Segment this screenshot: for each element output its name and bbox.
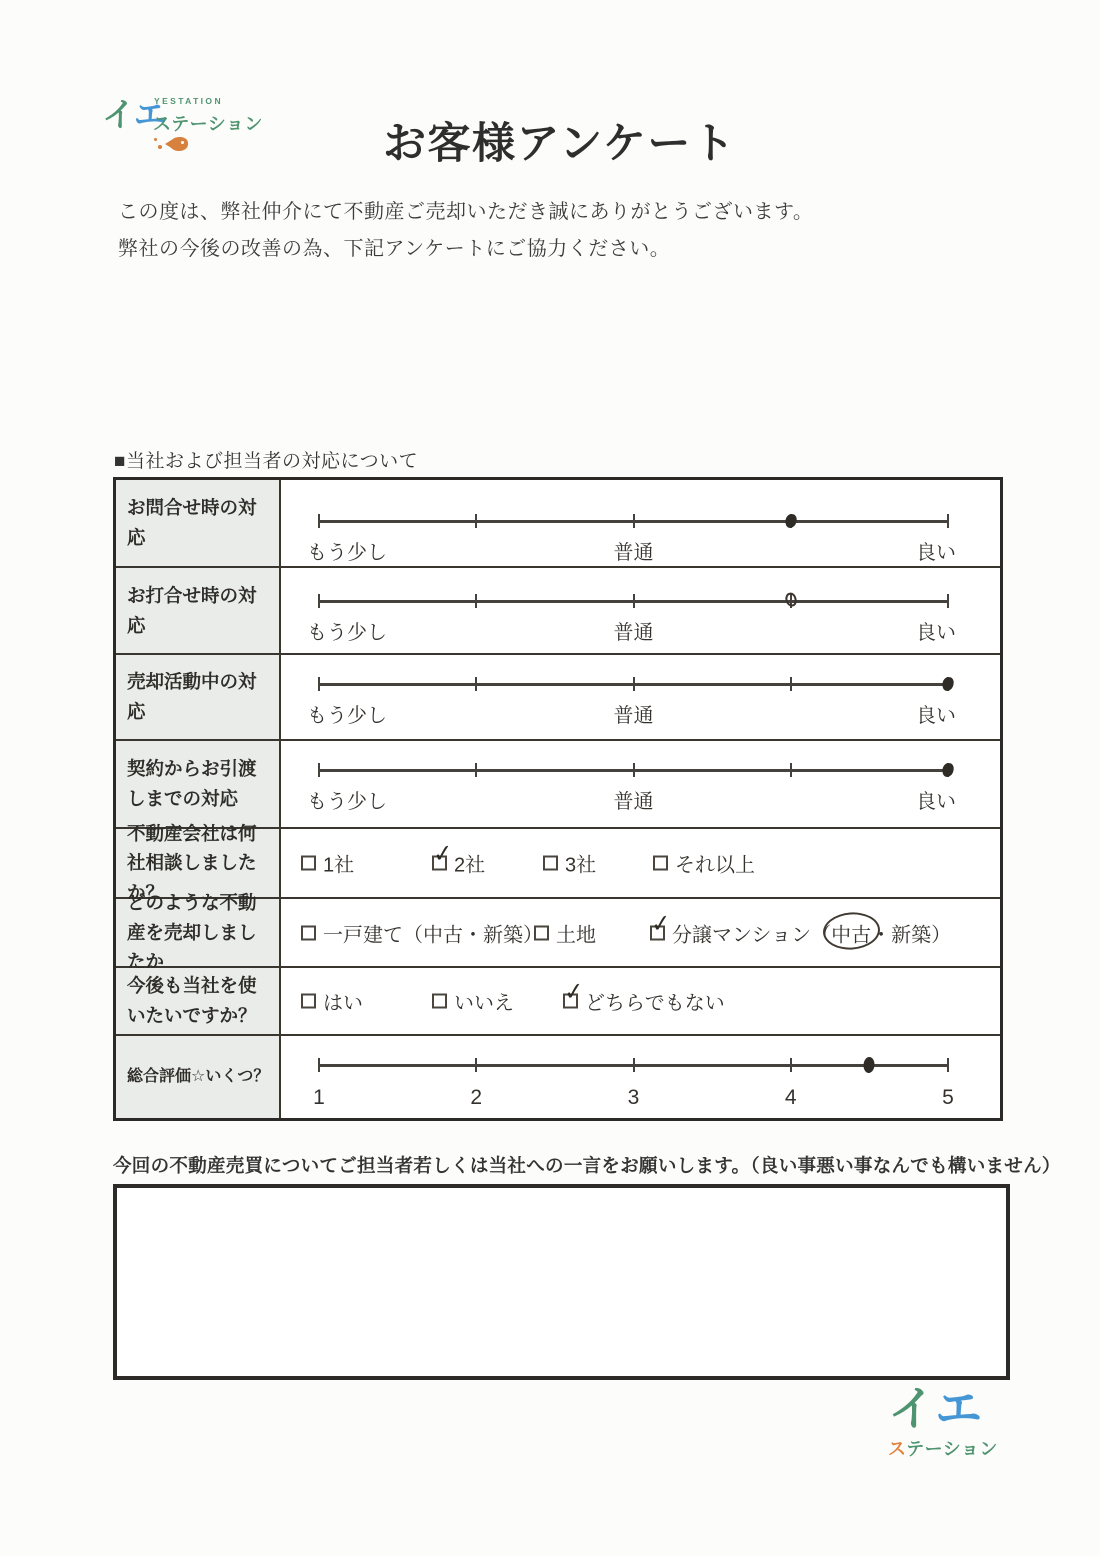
logo-station-rest: テーション (906, 1439, 998, 1459)
logo-text-station: ステーション (888, 1435, 998, 1461)
checkbox[interactable] (301, 925, 316, 940)
checkbox[interactable] (543, 856, 558, 871)
scale-tick (475, 514, 477, 528)
logo-char-i: イ (102, 96, 134, 133)
option-label: それ以上 (675, 849, 755, 878)
scale-label-low: もう少し (307, 616, 387, 645)
check-mark: ✓ (563, 980, 586, 1006)
scale-label-mid: 普通 (614, 536, 654, 565)
bubble-dot (158, 145, 162, 149)
scale-label-high: 良い (916, 699, 956, 728)
scale-tick (633, 514, 635, 528)
option-label: 3社 (565, 849, 596, 878)
checkbox-option[interactable]: 3社 (543, 849, 596, 878)
rating-scale[interactable]: もう少し 普通 良い (319, 769, 948, 771)
row-content: もう少し 普通 良い (281, 480, 1000, 566)
scale-label-high: 良い (916, 536, 956, 565)
scale-tick (790, 1058, 792, 1072)
fish-icon (162, 136, 188, 153)
logo-char-e: エ (935, 1382, 984, 1435)
table-row: お打合せ時の対応 もう少し 普通 良い (116, 568, 1000, 655)
scale-tick (318, 594, 320, 608)
row-label: お問合せ時の対応 (116, 480, 281, 566)
row-content: もう少し 普通 良い (281, 741, 1000, 827)
option-label: 分譲マンション（中古・新築） (672, 918, 951, 947)
scale-label-low: もう少し (307, 536, 387, 565)
scale-label-mid: 普通 (614, 699, 654, 728)
scale-tick (633, 763, 635, 777)
handwritten-mark (784, 513, 797, 529)
option-label-post: ・新築） (871, 924, 951, 946)
yestation-logo-bottom: イエ ステーション (888, 1385, 1008, 1465)
row-label: どのような不動産を売却しましたか (116, 899, 281, 966)
yestation-logo-top: YESTATION イエ ステーション (96, 92, 276, 172)
row-content: もう少し 普通 良い (281, 655, 1000, 739)
rating-scale[interactable]: もう少し 普通 良い (319, 683, 948, 685)
overall-tick-label: 5 (942, 1086, 954, 1110)
option-label: いいえ (454, 987, 514, 1016)
checkbox-option[interactable]: はい (301, 987, 363, 1016)
scale-label-low: もう少し (307, 785, 387, 814)
option-label: どちらでもない (585, 987, 725, 1016)
scale-label-mid: 普通 (614, 616, 654, 645)
scale-tick (947, 514, 949, 528)
row-label: 契約からお引渡しまでの対応 (116, 741, 281, 827)
scale-label-mid: 普通 (614, 785, 654, 814)
overall-tick-label: 4 (785, 1086, 797, 1110)
row-content: 一戸建て（中古・新築） 土地 ✓ 分譲マンション（中古・新築） (281, 899, 1000, 966)
scale-label-low: もう少し (307, 699, 387, 728)
scale-tick (633, 594, 635, 608)
checkbox[interactable]: ✓ (650, 925, 665, 940)
scale-tick (318, 1058, 320, 1072)
fish-body (170, 137, 188, 151)
fish-eye (181, 141, 184, 144)
logo-station-first-char: ス (888, 1439, 906, 1459)
checkbox[interactable]: ✓ (563, 994, 578, 1009)
handwritten-mark (941, 676, 954, 692)
circled-text: 中古 (831, 918, 871, 947)
checkbox[interactable] (653, 856, 668, 871)
table-row: お問合せ時の対応 もう少し 普通 良い (116, 480, 1000, 568)
rating-scale[interactable]: もう少し 普通 良い (319, 600, 948, 602)
row-content: はい いいえ ✓ どちらでもない (281, 968, 1000, 1034)
overall-tick-label: 2 (470, 1086, 482, 1110)
scale-tick (790, 677, 792, 691)
check-mark: ✓ (432, 842, 455, 868)
scale-label-high: 良い (916, 616, 956, 645)
option-label: 1社 (323, 849, 354, 878)
overall-rating-scale[interactable]: 1 2 3 4 5 (319, 1064, 948, 1066)
option-label-pre: 分譲マンション（ (672, 924, 831, 946)
row-label: 不動産会社は何社相談しましたか？ (116, 829, 281, 897)
option-label: 一戸建て（中古・新築） (323, 918, 543, 947)
checkbox-option[interactable]: 土地 (534, 918, 596, 947)
scale-tick (475, 677, 477, 691)
row-content: 1 2 3 4 5 (281, 1036, 1000, 1118)
checkbox[interactable] (432, 994, 447, 1009)
scale-tick (475, 1058, 477, 1072)
table-row: 契約からお引渡しまでの対応 もう少し 普通 良い (116, 741, 1000, 829)
row-content: もう少し 普通 良い (281, 568, 1000, 653)
scale-tick (475, 763, 477, 777)
row-content: 1社 ✓ 2社 3社 それ以上 (281, 829, 1000, 897)
logo-ie: イエ (888, 1385, 984, 1432)
checkbox-option[interactable]: それ以上 (653, 849, 755, 878)
checkbox[interactable]: ✓ (432, 856, 447, 871)
option-label: はい (323, 987, 363, 1016)
checkbox-option[interactable]: ✓ 2社 (432, 849, 485, 878)
checkbox-option[interactable]: 一戸建て（中古・新築） (301, 918, 543, 947)
scale-tick (633, 677, 635, 691)
option-label: 2社 (454, 849, 485, 878)
scale-tick (318, 763, 320, 777)
page-title: お客様アンケート (383, 110, 736, 171)
table-row: 売却活動中の対応 もう少し 普通 良い (116, 655, 1000, 741)
comment-box[interactable] (113, 1184, 1010, 1380)
option-label: 土地 (556, 918, 596, 947)
intro-text: この度は、弊社仲介にて不動産ご売却いただき誠にありがとうございます。 弊社の今後… (118, 194, 813, 268)
row-label: お打合せ時の対応 (116, 568, 281, 653)
table-row: どのような不動産を売却しましたか 一戸建て（中古・新築） 土地 ✓ 分譲マンショ… (116, 899, 1000, 968)
scanned-survey-page: YESTATION イエ ステーション お客様アンケート この度は、弊社仲介にて… (0, 0, 1100, 1556)
intro-line: 弊社の今後の改善の為、下記アンケートにご協力ください。 (118, 231, 813, 268)
table-row: 総合評価☆いくつ？ 1 2 3 4 5 (116, 1036, 1000, 1118)
scale-tick (475, 594, 477, 608)
comment-prompt: 今回の不動産売買についてご担当者若しくは当社への一言をお願いします。（良い事悪い… (113, 1152, 1061, 1178)
row-label: 総合評価☆いくつ？ (116, 1036, 281, 1118)
check-mark: ✓ (650, 911, 673, 937)
section-header: ■当社および担当者の対応について (114, 446, 418, 473)
table-row: 今後も当社を使いたいですか？ はい いいえ ✓ どちらでもない (116, 968, 1000, 1036)
scale-tick (318, 677, 320, 691)
rating-scale[interactable]: もう少し 普通 良い (319, 520, 948, 522)
checkbox-option[interactable]: 1社 (301, 849, 354, 878)
survey-table: お問合せ時の対応 もう少し 普通 良い お打合せ時の対応 (113, 477, 1003, 1121)
scale-tick (947, 594, 949, 608)
row-label: 売却活動中の対応 (116, 655, 281, 739)
scale-tick (318, 514, 320, 528)
checkbox-option[interactable]: ✓ 分譲マンション（中古・新築） (650, 918, 951, 947)
handwritten-mark (784, 592, 798, 608)
scale-tick (790, 763, 792, 777)
checkbox[interactable] (534, 925, 549, 940)
intro-line: この度は、弊社仲介にて不動産ご売却いただき誠にありがとうございます。 (118, 194, 813, 231)
overall-tick-label: 1 (313, 1086, 325, 1110)
row-label: 今後も当社を使いたいですか？ (116, 968, 281, 1034)
logo-text-station: ステーション (153, 110, 263, 136)
checkbox[interactable] (301, 856, 316, 871)
checkbox[interactable] (301, 994, 316, 1009)
scale-tick (633, 1058, 635, 1072)
bubble-dot (154, 138, 157, 141)
scale-label-high: 良い (916, 785, 956, 814)
checkbox-option[interactable]: ✓ どちらでもない (563, 987, 725, 1016)
scale-tick (947, 1058, 949, 1072)
handwritten-mark (863, 1057, 875, 1074)
overall-tick-label: 3 (628, 1086, 640, 1110)
logo-char-i: イ (888, 1382, 935, 1435)
checkbox-option[interactable]: いいえ (432, 987, 514, 1016)
handwritten-mark (941, 762, 954, 778)
